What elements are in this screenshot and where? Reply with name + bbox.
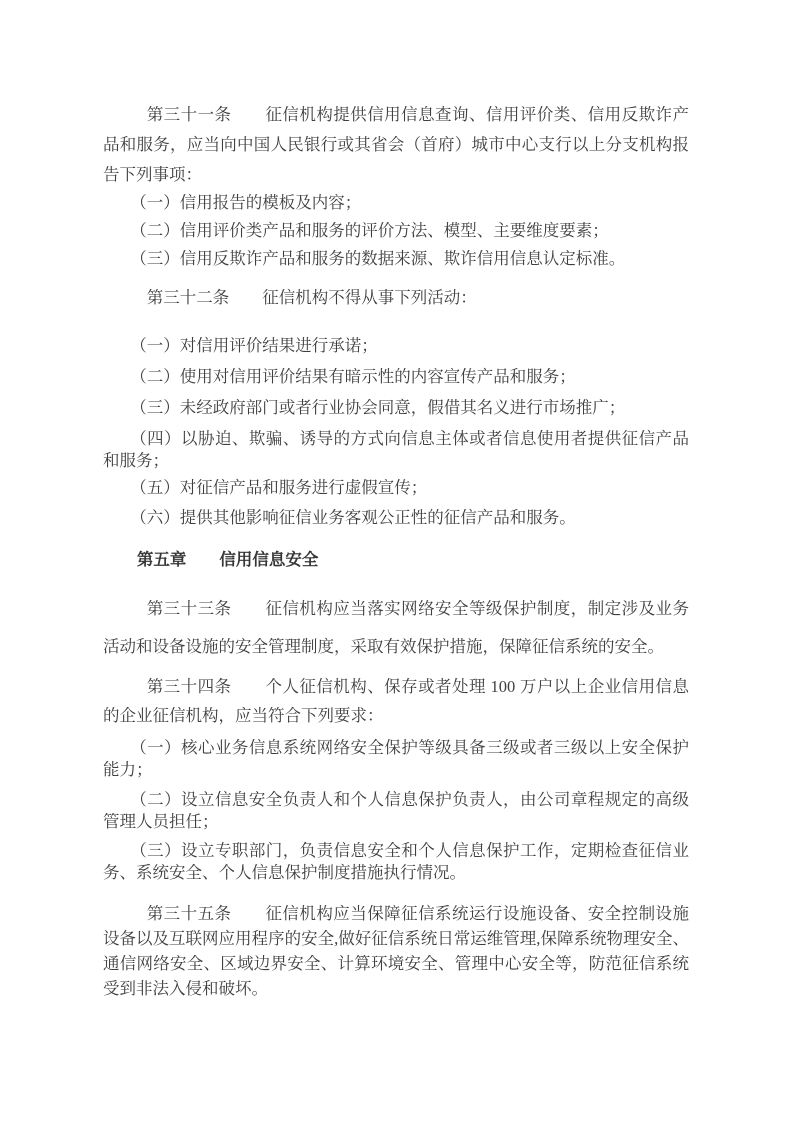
article-32-item-3: （三）未经政府部门或者行业协会同意，假借其名义进行市场推广； bbox=[103, 397, 689, 419]
chapter-5-heading: 第五章 信用信息安全 bbox=[103, 545, 689, 575]
article-34-item-1: （一）核心业务信息系统网络安全保护等级具备三级或者三级以上安全保护能力； bbox=[103, 737, 689, 781]
article-32-item-5: （五）对征信产品和服务进行虚假宣传； bbox=[103, 477, 689, 499]
article-34-item-3: （三）设立专职部门，负责信息安全和个人信息保护工作，定期检查征信业务、系统安全、… bbox=[103, 840, 689, 884]
article-32-item-1: （一）对信用评价结果进行承诺； bbox=[103, 335, 689, 357]
article-32-item-2: （二）使用对信用评价结果有暗示性的内容宣传产品和服务； bbox=[103, 366, 689, 388]
article-31-item-1: （一）信用报告的模板及内容； bbox=[103, 192, 689, 214]
article-33: 第三十三条 征信机构应当落实网络安全等级保护制度，制定涉及业务活动和设备设施的安… bbox=[103, 590, 689, 666]
article-35: 第三十五条 征信机构应当保障征信系统运行设施设备、安全控制设施设备以及互联网应用… bbox=[103, 901, 689, 1001]
article-34-intro: 第三十四条 个人征信机构、保存或者处理 100 万户以上企业信用信息的企业征信机… bbox=[103, 672, 689, 730]
article-31-item-2: （二）信用评价类产品和服务的评价方法、模型、主要维度要素； bbox=[103, 220, 689, 242]
article-31-item-3: （三）信用反欺诈产品和服务的数据来源、欺诈信用信息认定标准。 bbox=[103, 248, 689, 270]
article-32-item-6: （六）提供其他影响征信业务客观公正性的征信产品和服务。 bbox=[103, 507, 689, 529]
article-34-item-2: （二）设立信息安全负责人和个人信息保护负责人，由公司章程规定的高级管理人员担任； bbox=[103, 789, 689, 833]
document-page: 第三十一条 征信机构提供信用信息查询、信用评价类、信用反欺诈产品和服务，应当向中… bbox=[0, 0, 793, 1122]
article-32-item-4: （四）以胁迫、欺骗、诱导的方式向信息主体或者信息使用者提供征信产品和服务； bbox=[103, 428, 689, 472]
article-31-intro: 第三十一条 征信机构提供信用信息查询、信用评价类、信用反欺诈产品和服务，应当向中… bbox=[103, 100, 689, 190]
article-32-intro: 第三十二条 征信机构不得从事下列活动： bbox=[103, 283, 689, 313]
